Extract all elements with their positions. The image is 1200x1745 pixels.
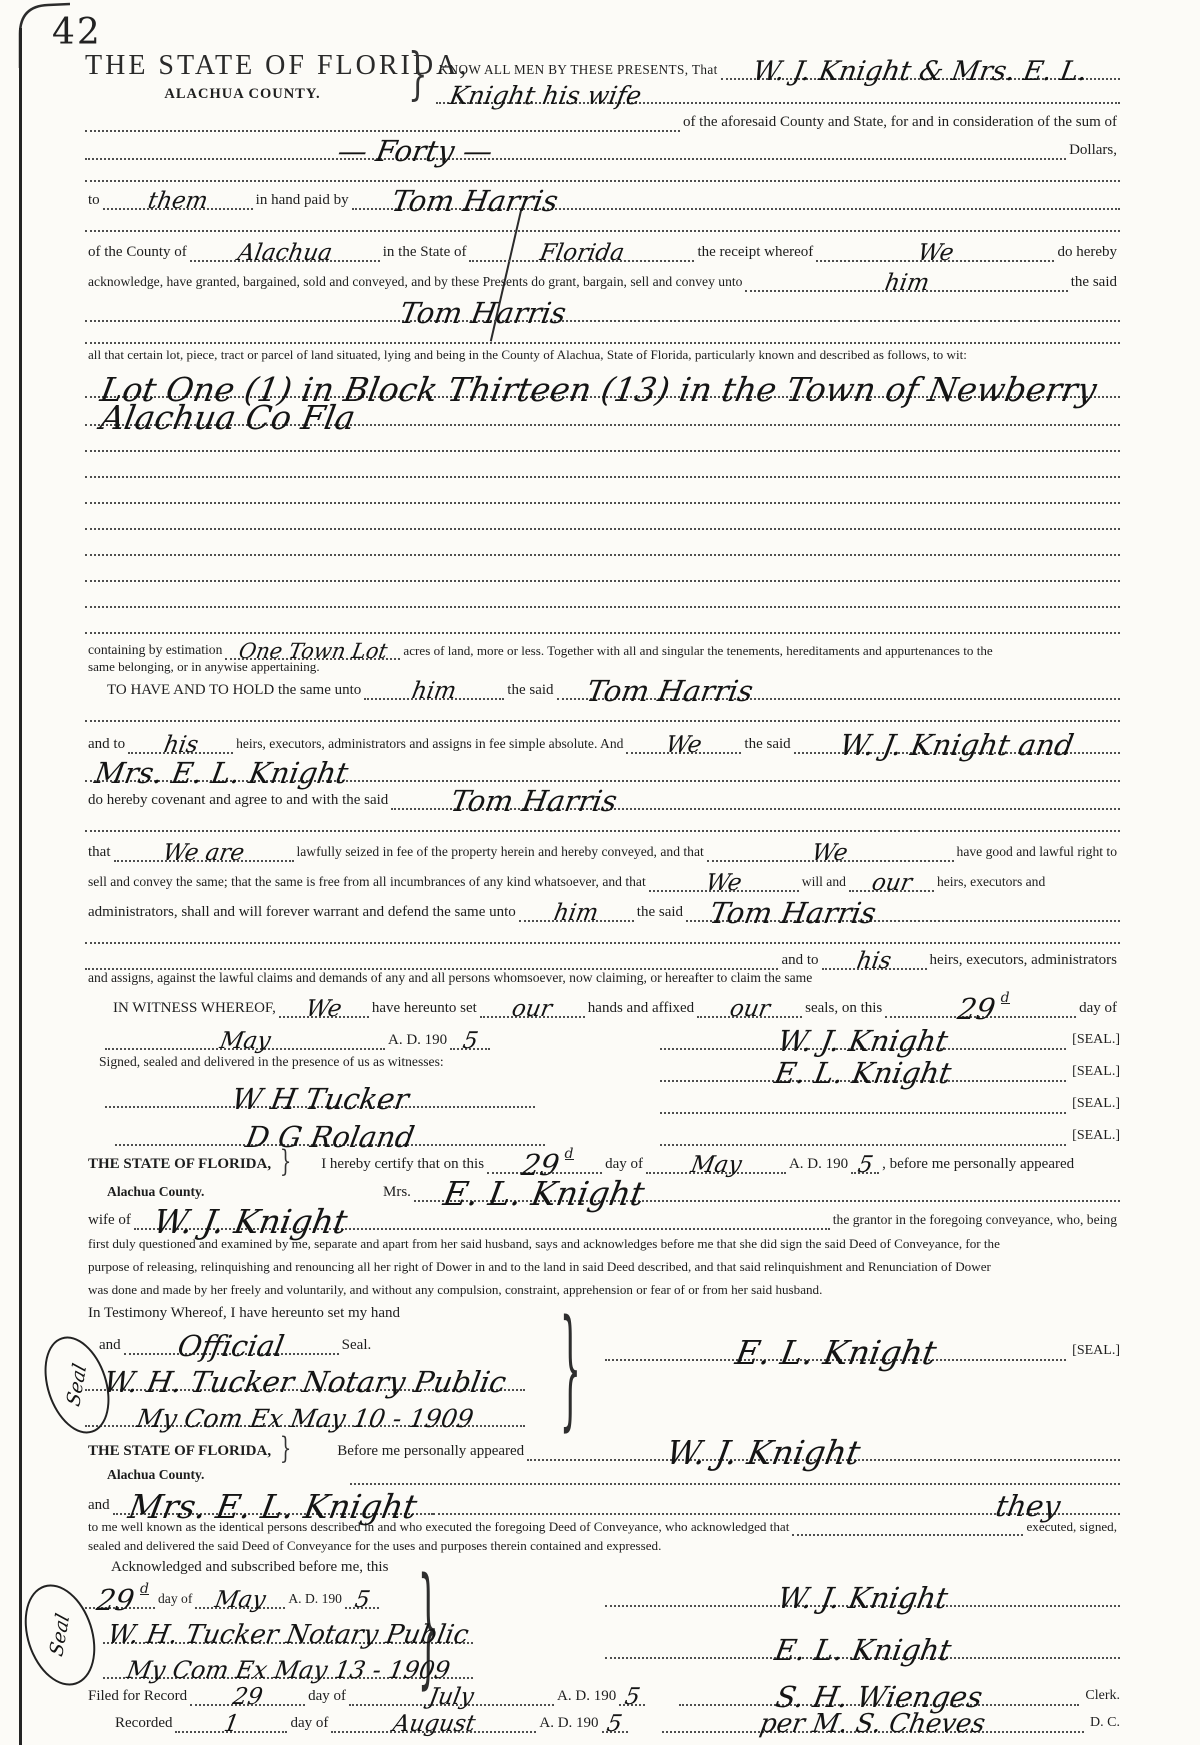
our1-blank: our: [480, 1003, 585, 1018]
ack-day-handwriting: 29: [90, 1594, 141, 1607]
warrant-said-handwriting: Tom Harris: [703, 907, 883, 920]
and-to-label: and to: [778, 952, 821, 971]
ad190-label: A. D. 190: [554, 1688, 619, 1707]
blank-rule: [85, 180, 1120, 182]
recorded-label: Recorded: [85, 1715, 175, 1734]
ack-year-handwriting: 5: [348, 1594, 377, 1607]
hold-said-blank: Tom Harris: [557, 685, 1120, 700]
payer-blank: Tom Harris: [352, 195, 1120, 210]
testimony-block: Seal } In Testimony Whereof, I have here…: [85, 1299, 1120, 1427]
the-said-label: the said: [634, 904, 686, 923]
filed-day-blank: 29: [190, 1691, 305, 1706]
clerk-label: Clerk.: [1079, 1688, 1120, 1706]
recorded-month-blank: August: [331, 1718, 536, 1733]
blank-rule: [85, 528, 1120, 530]
subscribed-label: Acknowledged and subscribed before me, t…: [85, 1559, 391, 1578]
seal-label: [SEAL.]: [1066, 1343, 1120, 1361]
assigns-label: and assigns, against the lawful claims a…: [85, 971, 815, 988]
to-handwriting: them: [141, 195, 215, 208]
presence-label: Signed, sealed and delivered in the pres…: [85, 1055, 447, 1072]
sealed-clause-label: sealed and delivered the said Deed of Co…: [85, 1539, 664, 1555]
and-label: and: [85, 1497, 113, 1516]
binding-edge-line: [19, 28, 22, 1745]
testimony-right-column: E. L. Knight [SEAL.]: [565, 1299, 1120, 1427]
state-handwriting: Florida: [533, 247, 631, 260]
sell-line: sell and convey the same; that the same …: [85, 862, 1120, 892]
sig2-blank: E. L. Knight: [660, 1067, 1066, 1082]
clerk-sig-blank: S. H. Wienges: [679, 1691, 1079, 1706]
dower-para-2: purpose of releasing, relinquishing and …: [85, 1253, 1120, 1276]
filed-year-blank: 5: [619, 1691, 645, 1706]
grantor1-signature: W. J. Knight: [771, 1035, 955, 1048]
dower-county-label: Alachua County.: [85, 1185, 290, 1202]
filed-month-handwriting: July: [422, 1691, 481, 1704]
amount-handwriting: — Forty —: [331, 145, 500, 158]
notary-signature: W. H. Tucker Notary Public: [97, 1376, 513, 1389]
month-blank: May: [105, 1035, 385, 1050]
day-of-label: day of: [305, 1688, 349, 1707]
heirs-exec-label: heirs, executors and: [934, 875, 1048, 892]
grantor-sig-blank: W. J. Knight and: [794, 739, 1120, 754]
ack-month-blank: May: [195, 1594, 285, 1609]
receipt-label: the receipt whereof: [694, 244, 816, 263]
we-blank: We: [626, 739, 741, 754]
month-handwriting: May: [213, 1035, 278, 1048]
header-brace: }: [408, 50, 428, 100]
dower-county-line: Alachua County. Mrs. E. L. Knight: [85, 1174, 1120, 1202]
warrant-said-blank: Tom Harris: [686, 907, 1120, 922]
blank-line: [85, 210, 1120, 232]
blank-line: [85, 608, 1120, 634]
blank-line: [85, 582, 1120, 608]
subscribed-left-column: Acknowledged and subscribed before me, t…: [85, 1555, 505, 1679]
witness-day-blank: 29d: [885, 1003, 1076, 1018]
our2-blank: our: [697, 1003, 802, 1018]
dower-para-3: was done and made by her freely and volu…: [85, 1276, 1120, 1299]
description-intro-label: all that certain lot, piece, tract or pa…: [85, 348, 970, 364]
grantors-blank: W. J. Knight & Mrs. E. L.: [721, 65, 1120, 80]
notary-blank: W. H. Tucker Notary Public: [85, 1376, 525, 1391]
witness-day-suffix: d: [1001, 993, 1010, 1004]
ad190-label: A. D. 190: [285, 1592, 345, 1609]
year-blank: 5: [450, 1035, 490, 1050]
to-blank: them: [103, 195, 253, 210]
dower-month-blank: May: [646, 1159, 786, 1174]
grantors-handwriting: W. J. Knight & Mrs. E. L.: [746, 65, 1094, 78]
we-handwriting: We: [659, 739, 709, 752]
ack-day-suffix: d: [140, 1584, 149, 1595]
description-line-1: Lot One (1) in Block Thirteen (13) in th…: [85, 364, 1120, 398]
testimony-left-column: In Testimony Whereof, I have hereunto se…: [85, 1299, 565, 1427]
unto-blank: him: [745, 277, 1067, 292]
dower-year-handwriting: 5: [851, 1159, 880, 1172]
heirs-right-line: and to his heirs, executors, administrat…: [85, 944, 1120, 970]
description-handwriting-2: Alachua Co Fla: [84, 411, 362, 424]
ad190-label: A. D. 190: [385, 1032, 450, 1051]
his-blank: his: [128, 739, 233, 754]
ack-day-blank: 29d: [85, 1594, 155, 1609]
containing-line: containing by estimation One Town Lot ac…: [85, 634, 1120, 660]
recorded-month-handwriting: August: [386, 1718, 482, 1731]
document-body: THE STATE OF FLORIDA, ALACHUA COUNTY. } …: [85, 0, 1120, 1733]
ack-right-signature-1: W. J. Knight: [771, 1592, 955, 1605]
amount-line: — Forty — Dollars,: [85, 132, 1120, 160]
subscribed-block: Seal } Acknowledged and subscribed befor…: [85, 1555, 1120, 1679]
warrant-blank: him: [519, 907, 634, 922]
year-handwriting: 5: [456, 1035, 485, 1048]
grant-clause-label: acknowledge, have granted, bargained, so…: [85, 275, 745, 292]
dower-day-suffix: d: [565, 1149, 574, 1160]
day-of-label: day of: [287, 1715, 331, 1734]
seal-label: [SEAL.]: [1066, 1032, 1120, 1050]
grantors-handwriting-2: Knight his wife: [434, 89, 647, 102]
before-label: Before me personally appeared: [297, 1443, 527, 1462]
hold-unto-blank: him: [364, 685, 504, 700]
unto-handwriting: him: [877, 277, 935, 290]
description-intro-line: all that certain lot, piece, tract or pa…: [85, 344, 1120, 364]
heirs-clause-label: heirs, executors, administrators and ass…: [233, 737, 626, 754]
ack-signature-2: Mrs. E. L. Knight: [122, 1500, 424, 1513]
have-hold-label: TO HAVE AND TO HOLD the same unto: [85, 682, 364, 701]
day-of-label: day of: [602, 1156, 646, 1175]
dower-state-heading: THE STATE OF FLORIDA,: [85, 1156, 274, 1175]
the-said-label: the said: [1068, 274, 1120, 293]
state-heading: THE STATE OF FLORIDA,: [85, 50, 400, 82]
state-of-label: in the State of: [380, 244, 470, 263]
seal-oval-text: Seal: [72, 1359, 81, 1412]
recorded-day-blank: 1: [175, 1718, 287, 1733]
certify-label: I hereby certify that on this: [297, 1156, 487, 1175]
empty-seal-blank: [660, 1112, 1066, 1114]
wife-of-label: wife of: [85, 1212, 134, 1231]
dower-day-handwriting: 29: [514, 1159, 565, 1172]
sell-we-handwriting: We: [699, 877, 749, 890]
will-and-label: will and: [799, 875, 849, 892]
blank-rule: [85, 450, 1120, 452]
receipt-blank: We: [816, 247, 1054, 262]
covenant-handwriting: Tom Harris: [390, 795, 624, 808]
empty-seal-blank: [660, 1144, 1066, 1146]
his2-handwriting: his: [850, 955, 898, 968]
seized-we-handwriting: We: [805, 847, 855, 860]
seal-label: [SEAL.]: [1066, 1128, 1120, 1146]
dower-brace: }: [279, 1150, 293, 1174]
header-left: THE STATE OF FLORIDA, ALACHUA COUNTY.: [85, 50, 400, 103]
seal-oval-text-2: Seal: [55, 1609, 64, 1662]
appeared-label: , before me personally appeared: [879, 1156, 1077, 1175]
filed-year-handwriting: 5: [618, 1691, 647, 1704]
his-handwriting: his: [156, 739, 204, 752]
county-state-line: of the County of Alachua in the State of…: [85, 232, 1120, 262]
blank-rule: [350, 1483, 1120, 1485]
dollars-label: Dollars,: [1066, 142, 1120, 161]
county-handwriting: Alachua: [231, 247, 339, 260]
dower-signature: E. L. Knight: [728, 1346, 942, 1359]
and-to-label: and to: [85, 736, 128, 755]
wife-sig-blank: E. L. Knight: [414, 1187, 1120, 1202]
county-blank: Alachua: [190, 247, 380, 262]
dower-sig-blank: E. L. Knight: [605, 1346, 1066, 1361]
hands-label: hands and affixed: [585, 1000, 697, 1019]
ack-state-heading: THE STATE OF FLORIDA,: [85, 1443, 274, 1462]
recorded-year-handwriting: 5: [600, 1718, 629, 1731]
recorded-day-handwriting: 1: [217, 1718, 246, 1731]
blank-rule: [85, 342, 1120, 344]
husband-signature: W. J. Knight: [133, 1215, 354, 1228]
blank-line: [85, 452, 1120, 478]
grantors-blank-2: Knight his wife: [436, 89, 1120, 104]
ack-right-signature-2: E. L. Knight: [767, 1644, 957, 1657]
have-hold-line: TO HAVE AND TO HOLD the same unto him th…: [85, 676, 1120, 700]
state-blank: Florida: [469, 247, 694, 262]
dower-header-line: THE STATE OF FLORIDA, } I hereby certify…: [85, 1146, 1120, 1174]
ad190-label: A. D. 190: [786, 1156, 851, 1175]
blank-rule: [85, 502, 1120, 504]
mrs-label: Mrs.: [380, 1184, 414, 1203]
blank-line: [85, 478, 1120, 504]
right-clause-label: have good and lawful right to: [954, 845, 1120, 862]
deputy-signature: per M. S. Cheves: [753, 1718, 992, 1731]
recorded-year-blank: 5: [602, 1718, 628, 1733]
to-label: to: [85, 192, 103, 211]
seal-label: [SEAL.]: [1066, 1096, 1120, 1114]
hold-unto-handwriting: him: [405, 685, 463, 698]
witnesses-column: May A. D. 190 5 Signed, sealed and deliv…: [85, 1018, 660, 1146]
blank-line: [85, 556, 1120, 582]
ack-brace: }: [279, 1437, 293, 1461]
testimony-brace: }: [560, 1292, 581, 1444]
blank-rule: [85, 632, 1120, 634]
his2-blank: his: [822, 955, 927, 970]
ack-and-line: and Mrs. E. L. Knight they: [85, 1485, 1120, 1515]
description-blank-1: Lot One (1) in Block Thirteen (13) in th…: [85, 383, 1120, 398]
day-of-label: day of: [155, 1592, 195, 1609]
our-blank: our: [849, 877, 934, 892]
official-handwriting: Official: [171, 1340, 291, 1353]
witness-we-handwriting: We: [299, 1003, 349, 1016]
testimony-label: In Testimony Whereof, I have hereunto se…: [85, 1305, 403, 1324]
containing-label: containing by estimation: [85, 643, 225, 660]
ack-right-sig2-blank: E. L. Knight: [605, 1644, 1120, 1659]
official-blank: Official: [124, 1340, 339, 1355]
ack-signature-1: W. J. Knight: [660, 1446, 867, 1459]
husband-sig-blank: W. J. Knight: [134, 1215, 830, 1230]
ack-commission-blank: My Com Ex May 13 - 1909: [103, 1664, 473, 1679]
grantor-sig-handwriting: W. J. Knight and: [833, 739, 1081, 752]
heirs2-label: heirs, executors, administrators: [927, 952, 1120, 971]
filed-line: Filed for Record 29 day of July A. D. 19…: [85, 1679, 1120, 1706]
seals-column: W. J. Knight [SEAL.] E. L. Knight [SEAL.…: [660, 1018, 1120, 1146]
ack-sig2-blank: Mrs. E. L. Knight: [113, 1500, 433, 1515]
deed-header: THE STATE OF FLORIDA, ALACHUA COUNTY. } …: [85, 50, 1120, 106]
in-witness-line: IN WITNESS WHEREOF, We have hereunto set…: [85, 988, 1120, 1018]
acres-clause-label: acres of land, more or less. Together wi…: [400, 644, 995, 660]
seized-handwriting: We are: [156, 847, 251, 860]
seized-line: that We are lawfully seized in fee of th…: [85, 832, 1120, 862]
executed-blank: [792, 1534, 1023, 1536]
dower-para3-text: was done and made by her freely and volu…: [85, 1283, 825, 1299]
hold-said-handwriting: Tom Harris: [555, 685, 759, 698]
dc-label: D. C.: [1084, 1715, 1120, 1733]
blank-rule: [85, 130, 680, 132]
ack-notary-signature: W. H. Tucker Notary Public: [101, 1629, 476, 1642]
warrant-line: administrators, shall and will forever w…: [85, 892, 1120, 922]
paid-by-line: to them in hand paid by Tom Harris: [85, 182, 1120, 210]
assigns-line: and assigns, against the lawful claims a…: [85, 970, 1120, 988]
sealed-line: sealed and delivered the said Deed of Co…: [85, 1536, 1120, 1555]
that-label: that: [85, 844, 114, 863]
dower-year-blank: 5: [851, 1159, 879, 1174]
blank-rule: [85, 230, 1120, 232]
subscribed-right-column: W. J. Knight E. L. Knight: [505, 1555, 1120, 1679]
the-said-label: the said: [741, 736, 793, 755]
seized-we-blank: We: [707, 847, 954, 862]
acreage-blank: One Town Lot: [225, 645, 400, 660]
the-said-label: the said: [504, 682, 556, 701]
filed-month-blank: July: [349, 1691, 554, 1706]
warrant-handwriting: him: [547, 907, 605, 920]
day-of-label: day of: [1076, 1000, 1120, 1019]
grant-line: acknowledge, have granted, bargained, so…: [85, 262, 1120, 292]
dower-para2-text: purpose of releasing, relinquishing and …: [85, 1260, 994, 1276]
filed-day-handwriting: 29: [226, 1691, 270, 1704]
blank-line: [85, 922, 1120, 944]
signature-block: May A. D. 190 5 Signed, sealed and deliv…: [85, 1018, 1120, 1146]
blank-rule: [85, 720, 1120, 722]
commission-handwriting: My Com Ex May 10 - 1909: [130, 1412, 480, 1425]
blank-rule: [85, 606, 1120, 608]
county-of-label: of the County of: [85, 244, 190, 263]
our1-handwriting: our: [505, 1003, 559, 1016]
grantor-sig-handwriting-2: Mrs. E. L. Knight: [84, 767, 355, 780]
blank-rule: [85, 554, 1120, 556]
covenant-label: do hereby covenant and agree to and with…: [85, 792, 391, 811]
blank-line: [85, 160, 1120, 182]
our2-handwriting: our: [723, 1003, 777, 1016]
warrant-clause-label: administrators, shall and will forever w…: [85, 904, 519, 923]
amount-blank: — Forty —: [85, 145, 1066, 160]
blank-line: [85, 504, 1120, 530]
ack-county-label: Alachua County.: [85, 1468, 350, 1485]
dower-day-blank: 29d: [487, 1159, 602, 1174]
ack-sig1-blank: W. J. Knight: [527, 1446, 1120, 1461]
commission-blank: My Com Ex May 10 - 1909: [85, 1412, 525, 1427]
county-heading: ALACHUA COUNTY.: [85, 86, 400, 103]
blank-rule: [85, 830, 1120, 832]
filed-label: Filed for Record: [85, 1688, 190, 1707]
blank-line: [85, 322, 1120, 344]
ack-county-line: Alachua County.: [85, 1461, 1120, 1485]
witness1-signature: W H Tucker: [225, 1093, 416, 1106]
clerk-signature: S. H. Wienges: [769, 1691, 989, 1704]
aforesaid-label: of the aforesaid County and State, for a…: [680, 114, 1120, 133]
in-witness-label: IN WITNESS WHEREOF,: [85, 1000, 279, 1019]
blank-rule: [85, 476, 1120, 478]
grantor2-signature: E. L. Knight: [768, 1067, 958, 1080]
they-handwriting: they: [989, 1500, 1121, 1513]
description-blank-2: Alachua Co Fla: [85, 411, 1120, 426]
witness2-blank: D G Roland: [115, 1131, 545, 1146]
witness1-blank: W H Tucker: [105, 1093, 535, 1108]
acreage-handwriting: One Town Lot: [232, 645, 394, 658]
presents-label: KNOW ALL MEN BY THESE PRESENTS, That: [436, 63, 721, 80]
deputy-sig-blank: per M. S. Cheves: [662, 1718, 1084, 1733]
ack-commission-handwriting: My Com Ex May 13 - 1909: [119, 1664, 456, 1677]
grantee-blank: Tom Harris: [85, 307, 1120, 322]
seized-blank: We are: [114, 847, 294, 862]
blank-rule: [85, 580, 1120, 582]
ack-year-blank: 5: [345, 1594, 379, 1609]
heirs-line: and to his heirs, executors, administrat…: [85, 722, 1120, 754]
blank-line: [85, 530, 1120, 556]
covenant-blank: Tom Harris: [391, 795, 1120, 810]
ad190-label: A. D. 190: [536, 1715, 601, 1734]
they-blank: they: [433, 1500, 1120, 1515]
seal-label: [SEAL.]: [1066, 1064, 1120, 1082]
blank-rule: [85, 942, 1120, 944]
wife-signature: E. L. Knight: [413, 1187, 651, 1200]
sell-clause-label: sell and convey the same; that the same …: [85, 875, 649, 892]
dower-month-handwriting: May: [684, 1159, 749, 1172]
sig1-blank: W. J. Knight: [660, 1035, 1066, 1050]
witness2-signature: D G Roland: [239, 1131, 421, 1144]
seized-clause-label: lawfully seized in fee of the property h…: [294, 845, 707, 862]
set-label: have hereunto set: [369, 1000, 480, 1019]
receipt-handwriting: We: [911, 247, 961, 260]
grantor-clause-label: the grantor in the foregoing conveyance,…: [830, 1213, 1120, 1230]
seal-word-label: Seal.: [339, 1337, 375, 1356]
deed-record-page: 42 THE STATE OF FLORIDA, ALACHUA COUNTY.…: [0, 0, 1200, 1745]
ack-notary-blank: W. H. Tucker Notary Public: [103, 1629, 473, 1644]
grantee-line: Tom Harris: [85, 292, 1120, 322]
payer-handwriting: Tom Harris: [350, 195, 564, 208]
do-hereby-label: do hereby: [1054, 244, 1120, 263]
our-handwriting: our: [864, 877, 918, 890]
seals-label: seals, on this: [802, 1000, 885, 1019]
ack-right-sig1-blank: W. J. Knight: [605, 1592, 1120, 1607]
recorded-line: Recorded 1 day of August A. D. 190 5 per…: [85, 1706, 1120, 1733]
grantor-sig-blank-2: Mrs. E. L. Knight: [85, 767, 1120, 782]
sell-we-blank: We: [649, 877, 799, 892]
ack-month-handwriting: May: [208, 1594, 273, 1607]
description-handwriting-1: Lot One (1) in Block Thirteen (13) in th…: [84, 383, 1103, 396]
witness-day-handwriting: 29: [951, 1003, 1002, 1016]
witness-we-blank: We: [279, 1003, 369, 1018]
paid-by-label: in hand paid by: [253, 192, 352, 211]
header-right: KNOW ALL MEN BY THESE PRESENTS, That W. …: [436, 50, 1120, 104]
grantee-handwriting: Tom Harris: [392, 307, 572, 320]
